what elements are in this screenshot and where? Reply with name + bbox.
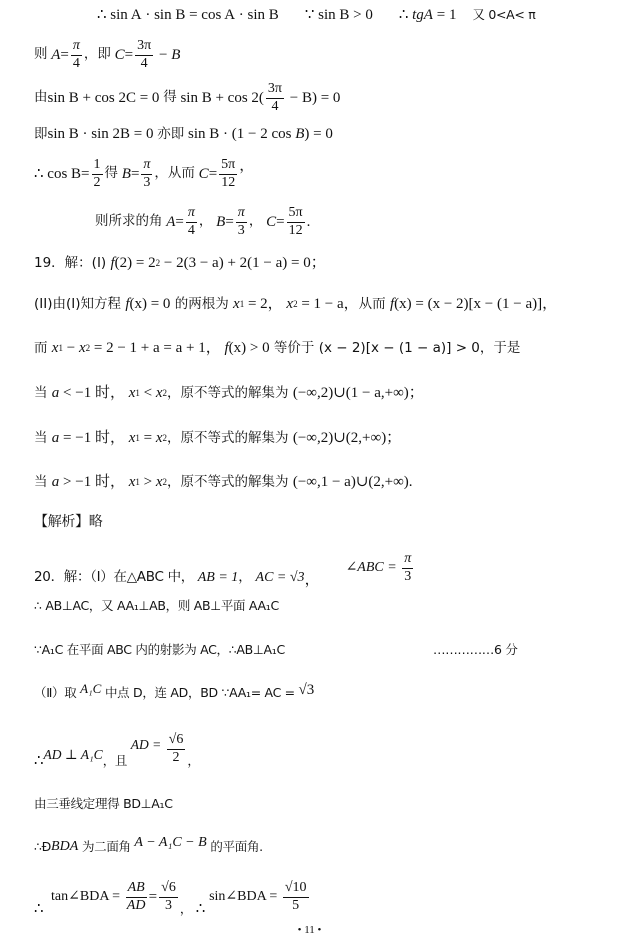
numerator: π bbox=[141, 158, 152, 175]
denominator: 12 bbox=[289, 223, 303, 239]
line-q19-part3: 而 x1 − x2 = 2 − 1 + a = a + 1， f(x) > 0 … bbox=[34, 341, 520, 356]
math-text: · bbox=[142, 8, 155, 23]
math-text: = bbox=[185, 8, 201, 23]
numerator: π bbox=[236, 206, 247, 223]
math-text: B) = 0 bbox=[302, 91, 340, 106]
numerator: AB bbox=[126, 881, 147, 898]
math-text: sin B bbox=[154, 8, 185, 23]
because-symbol: ∵ bbox=[305, 8, 315, 23]
denominator: 4 bbox=[73, 56, 80, 72]
cn-text: 从而 bbox=[168, 167, 195, 181]
numerator: π bbox=[402, 552, 413, 569]
math-text: · bbox=[235, 8, 248, 23]
numerator: 1 bbox=[92, 158, 103, 175]
cn-text: 则所求的角 bbox=[95, 215, 163, 229]
math-text: (x) > 0 bbox=[229, 341, 270, 356]
punct: ， bbox=[238, 571, 252, 585]
math-text: > bbox=[140, 475, 156, 490]
line-3: 由 sin B + cos 2C = 0 得 sin B + cos 2( 3π… bbox=[34, 82, 340, 114]
math-text: √3 bbox=[299, 683, 315, 698]
denominator: AD bbox=[127, 898, 146, 914]
line-case-1: 当 a < −1 时， x1 < x2，原不等式的解集为 (−∞,2)∪(1 −… bbox=[34, 386, 424, 401]
fraction: √63 bbox=[159, 881, 178, 913]
math-text: − 2(3 − a) + 2(1 − a) = 0； bbox=[160, 256, 326, 271]
math-text: > 0 bbox=[349, 8, 372, 23]
denominator: 4 bbox=[141, 56, 148, 72]
denominator: 3 bbox=[404, 569, 411, 585]
question-number: 20．解：（Ⅰ）在△ABC 中， bbox=[34, 571, 194, 585]
math-text: + cos 2( bbox=[212, 91, 264, 106]
fraction: ABAD bbox=[126, 881, 147, 913]
page-number: • 11 • bbox=[0, 924, 619, 936]
denominator: 2 bbox=[172, 750, 179, 766]
math-text: − bbox=[286, 91, 302, 106]
fraction: √62 bbox=[167, 733, 186, 765]
math-text: sin B bbox=[188, 127, 219, 142]
punct: ， bbox=[187, 755, 199, 768]
math-text: − bbox=[63, 341, 79, 356]
cn-text: 从而 bbox=[359, 298, 390, 312]
cn-text: 当 bbox=[34, 387, 52, 401]
cn-text: ，原不等式的解集为 bbox=[167, 432, 293, 446]
math-text: < −1 时， bbox=[59, 386, 125, 401]
math-text: = 1 bbox=[433, 8, 456, 23]
fraction: 3π4 bbox=[266, 82, 284, 114]
math-text: BDA bbox=[51, 840, 78, 854]
line-q20-part5: ∴ AD ⊥ A₁C ，且 AD = √62 ， bbox=[34, 733, 200, 765]
fraction: π3 bbox=[402, 552, 413, 584]
math-var: a bbox=[52, 386, 60, 401]
cn-text: 当 bbox=[34, 432, 52, 446]
math-var: C bbox=[115, 48, 125, 63]
numerator: 5π bbox=[287, 206, 305, 223]
denominator: 3 bbox=[143, 175, 150, 191]
math-var: B bbox=[122, 167, 131, 182]
fraction: √105 bbox=[283, 881, 309, 913]
math-text: − bbox=[155, 48, 171, 63]
math-var: C bbox=[199, 167, 209, 182]
numerator: √10 bbox=[283, 881, 309, 898]
cn-text: ∴ AB⊥AC，又 AA₁⊥AB，则 AB⊥平面 AA₁C bbox=[34, 600, 279, 613]
math-text: ) = 0 bbox=[304, 127, 332, 142]
solution-set: (−∞,2)∪(1 − a,+∞)； bbox=[293, 386, 424, 401]
cn-text: 得 bbox=[105, 167, 119, 181]
cn-text: 为二面角 bbox=[78, 841, 134, 854]
punct: ， bbox=[84, 48, 98, 62]
math-text: sin B bbox=[48, 127, 79, 142]
math-text: sin B bbox=[318, 8, 349, 23]
cn-text: 中点 D，连 AD，BD ∵AA₁= AC = bbox=[101, 687, 298, 700]
denominator: 5 bbox=[292, 898, 299, 914]
denominator: 4 bbox=[271, 99, 278, 115]
math-text: sin B bbox=[48, 91, 79, 106]
therefore-symbol: ∴ bbox=[196, 902, 206, 917]
fraction: π3 bbox=[141, 158, 152, 190]
punct: ， bbox=[180, 903, 192, 916]
math-text: = 2， bbox=[244, 297, 282, 312]
math-text: (1 − 2 cos bbox=[232, 127, 295, 142]
line-q20-part6: 由三垂线定理得 BD⊥A₁C bbox=[34, 798, 173, 811]
line-q20-part2: ∴ AB⊥AC，又 AA₁⊥AB，则 AB⊥平面 AA₁C bbox=[34, 600, 279, 613]
math-text: = 1 − a， bbox=[298, 297, 359, 312]
numerator: π bbox=[71, 39, 82, 56]
cn-text: ，且 bbox=[103, 755, 131, 768]
cn-text: 等价于 (x − 2)[x − (1 − a)] > 0，于是 bbox=[270, 342, 521, 356]
math-var: A bbox=[166, 215, 175, 230]
math-var: x bbox=[156, 475, 163, 490]
math-text: sin A bbox=[110, 8, 141, 23]
line-q20-part7: ∴Ð BDA 为二面角 A − A₁C − B 的平面角. bbox=[34, 840, 263, 854]
fraction: 12 bbox=[92, 158, 103, 190]
math-text: < bbox=[140, 386, 156, 401]
math-var: x bbox=[233, 297, 240, 312]
cn-text: （Ⅱ）取 bbox=[34, 687, 80, 700]
cn-text: ，原不等式的解集为 bbox=[167, 476, 293, 490]
numerator: π bbox=[186, 206, 197, 223]
math-var: a bbox=[52, 475, 60, 490]
math-text: · bbox=[79, 127, 92, 142]
math-text: tan∠BDA = bbox=[51, 890, 124, 904]
therefore-symbol: ∴ bbox=[34, 754, 44, 769]
cn-text: (II)由(I)知方程 bbox=[34, 298, 125, 312]
math-text: = 2 − 1 + a = a + 1， bbox=[90, 341, 221, 356]
math-var: x bbox=[156, 386, 163, 401]
numerator: 3π bbox=[135, 39, 153, 56]
math-var: B bbox=[171, 48, 180, 63]
math-text: sin 2B = 0 bbox=[91, 127, 157, 142]
math-var: A bbox=[51, 48, 60, 63]
line-q20-part8: ∴ tan∠BDA = ABAD= √63 ， ∴ sin∠BDA = √105 bbox=[34, 881, 311, 913]
fraction: 5π12 bbox=[219, 158, 237, 190]
math-text: = −1 时， bbox=[59, 431, 125, 446]
math-text: A − A₁C − B bbox=[134, 836, 206, 850]
fraction: 3π4 bbox=[135, 39, 153, 71]
math-var: x bbox=[129, 431, 136, 446]
math-text: + cos 2C = 0 bbox=[79, 91, 163, 106]
math-var: a bbox=[52, 431, 60, 446]
punct: ， bbox=[199, 215, 213, 229]
punct: ， bbox=[239, 159, 254, 174]
math-text: AB = 1 bbox=[198, 571, 239, 585]
math-text: AC = √3 bbox=[256, 571, 305, 585]
cn-text: 的两根为 bbox=[170, 298, 233, 312]
cn-text: ∴Ð bbox=[34, 841, 51, 854]
math-var: B bbox=[216, 215, 225, 230]
numerator: 3π bbox=[266, 82, 284, 99]
math-var: x bbox=[79, 341, 86, 356]
cn-text: 则 bbox=[34, 48, 48, 62]
numerator: √6 bbox=[159, 881, 178, 898]
punct: ， bbox=[249, 215, 263, 229]
line-q19-part2: (II)由(I)知方程 f(x) = 0 的两根为 x1 = 2， x2 = 1… bbox=[34, 297, 557, 312]
score-label: ……………6 分 bbox=[433, 644, 518, 657]
cn-text: 亦即 bbox=[157, 128, 184, 142]
solution-set: (−∞,1 − a)∪(2,+∞). bbox=[293, 475, 413, 490]
line-4: 即 sin B · sin 2B = 0 亦即 sin B · (1 − 2 c… bbox=[34, 127, 333, 142]
line-5: ∴ cos B= 12 得 B= π3 ， 从而 C= 5π12 ， bbox=[34, 158, 254, 190]
solution-set: (−∞,2)∪(2,+∞)； bbox=[293, 431, 401, 446]
cn-text: 由三垂线定理得 BD⊥A₁C bbox=[34, 798, 173, 811]
math-text: sin B bbox=[248, 8, 279, 23]
numerator: √6 bbox=[167, 733, 186, 750]
therefore-symbol: ∴ bbox=[34, 902, 44, 917]
punct: ， bbox=[154, 167, 168, 181]
math-text: (x) = (x − 2)[x − (1 − a)]， bbox=[394, 297, 557, 312]
fraction: 5π12 bbox=[287, 206, 305, 238]
cn-text: 得 bbox=[163, 91, 177, 105]
cn-text: ∵A₁C 在平面 ABC 内的射影为 AC，∴AB⊥A₁C bbox=[34, 644, 285, 657]
line-case-3: 当 a > −1 时， x1 > x2，原不等式的解集为 (−∞,1 − a)∪… bbox=[34, 475, 413, 490]
cn-text: 即 bbox=[34, 128, 48, 142]
math-text: = bbox=[140, 431, 156, 446]
cn-text: ，原不等式的解集为 bbox=[167, 387, 293, 401]
math-text: A₁C bbox=[80, 682, 101, 695]
math-text: tgA bbox=[412, 8, 433, 23]
denominator: 2 bbox=[94, 175, 101, 191]
denominator: 4 bbox=[188, 223, 195, 239]
math-text: AD ⊥ A₁C bbox=[44, 748, 103, 762]
line-q20-part3: ∵A₁C 在平面 ABC 内的射影为 AC，∴AB⊥A₁C bbox=[34, 644, 285, 657]
line-q20-part1: 20．解：（Ⅰ）在△ABC 中， AB = 1 ， AC = √3 ， ∠ABC… bbox=[34, 552, 415, 584]
math-var: B bbox=[295, 127, 304, 142]
cn-text: 而 bbox=[34, 342, 52, 356]
therefore-symbol: ∴ bbox=[34, 167, 44, 182]
cn-text: 由 bbox=[34, 91, 48, 105]
line-q19-part1: 19．解：(I) f(2) = 22 − 2(3 − a) + 2(1 − a)… bbox=[34, 256, 326, 271]
punct: . bbox=[307, 215, 311, 230]
fraction: π3 bbox=[236, 206, 247, 238]
range-text: 又 0<A< π bbox=[472, 9, 535, 22]
punct: ， bbox=[305, 573, 320, 588]
denominator: 3 bbox=[238, 223, 245, 239]
score-note: ……………6 分 bbox=[433, 644, 518, 657]
line-case-2: 当 a = −1 时， x1 = x2，原不等式的解集为 (−∞,2)∪(2,+… bbox=[34, 431, 401, 446]
line-1: ∴ sin A · sin B = cos A · sin B ∵ sin B … bbox=[97, 8, 535, 23]
line-q20-part4: （Ⅱ）取 A₁C 中点 D，连 AD，BD ∵AA₁= AC = √3 bbox=[34, 686, 314, 701]
math-var: x bbox=[129, 475, 136, 490]
line-6: 则所求的角 A= π4 ， B= π3 ， C= 5π12 . bbox=[95, 206, 310, 238]
math-var: x bbox=[52, 341, 59, 356]
math-var: x bbox=[286, 297, 293, 312]
fraction: π4 bbox=[186, 206, 197, 238]
math-text: AD = bbox=[131, 738, 165, 752]
math-text: ∠ABC = bbox=[346, 561, 401, 575]
math-text: (x) = 0 bbox=[129, 297, 170, 312]
cn-text: 即 bbox=[97, 48, 111, 62]
therefore-symbol: ∴ bbox=[97, 8, 107, 23]
question-number: 19．解：(I) bbox=[34, 257, 111, 271]
fraction: π4 bbox=[71, 39, 82, 71]
math-text: · bbox=[219, 127, 232, 142]
cn-text: 的平面角. bbox=[207, 841, 263, 854]
math-var: x bbox=[129, 386, 136, 401]
math-text: > −1 时， bbox=[59, 475, 125, 490]
analysis-label: 【解析】略 bbox=[34, 515, 103, 529]
denominator: 12 bbox=[221, 175, 235, 191]
math-var: C bbox=[266, 215, 276, 230]
math-text: sin B bbox=[180, 91, 211, 106]
numerator: 5π bbox=[219, 158, 237, 175]
line-analysis: 【解析】略 bbox=[34, 515, 103, 529]
math-text: cos A bbox=[201, 8, 235, 23]
denominator: 3 bbox=[165, 898, 172, 914]
cn-text: 当 bbox=[34, 476, 52, 490]
math-text: cos B bbox=[47, 167, 81, 182]
math-var: x bbox=[156, 431, 163, 446]
therefore-symbol: ∴ bbox=[399, 8, 409, 23]
math-text: sin∠BDA = bbox=[209, 890, 281, 904]
line-2: 则 A= π4 ， 即 C= 3π4 − B bbox=[34, 39, 180, 71]
math-text: (2) = 2 bbox=[115, 256, 156, 271]
